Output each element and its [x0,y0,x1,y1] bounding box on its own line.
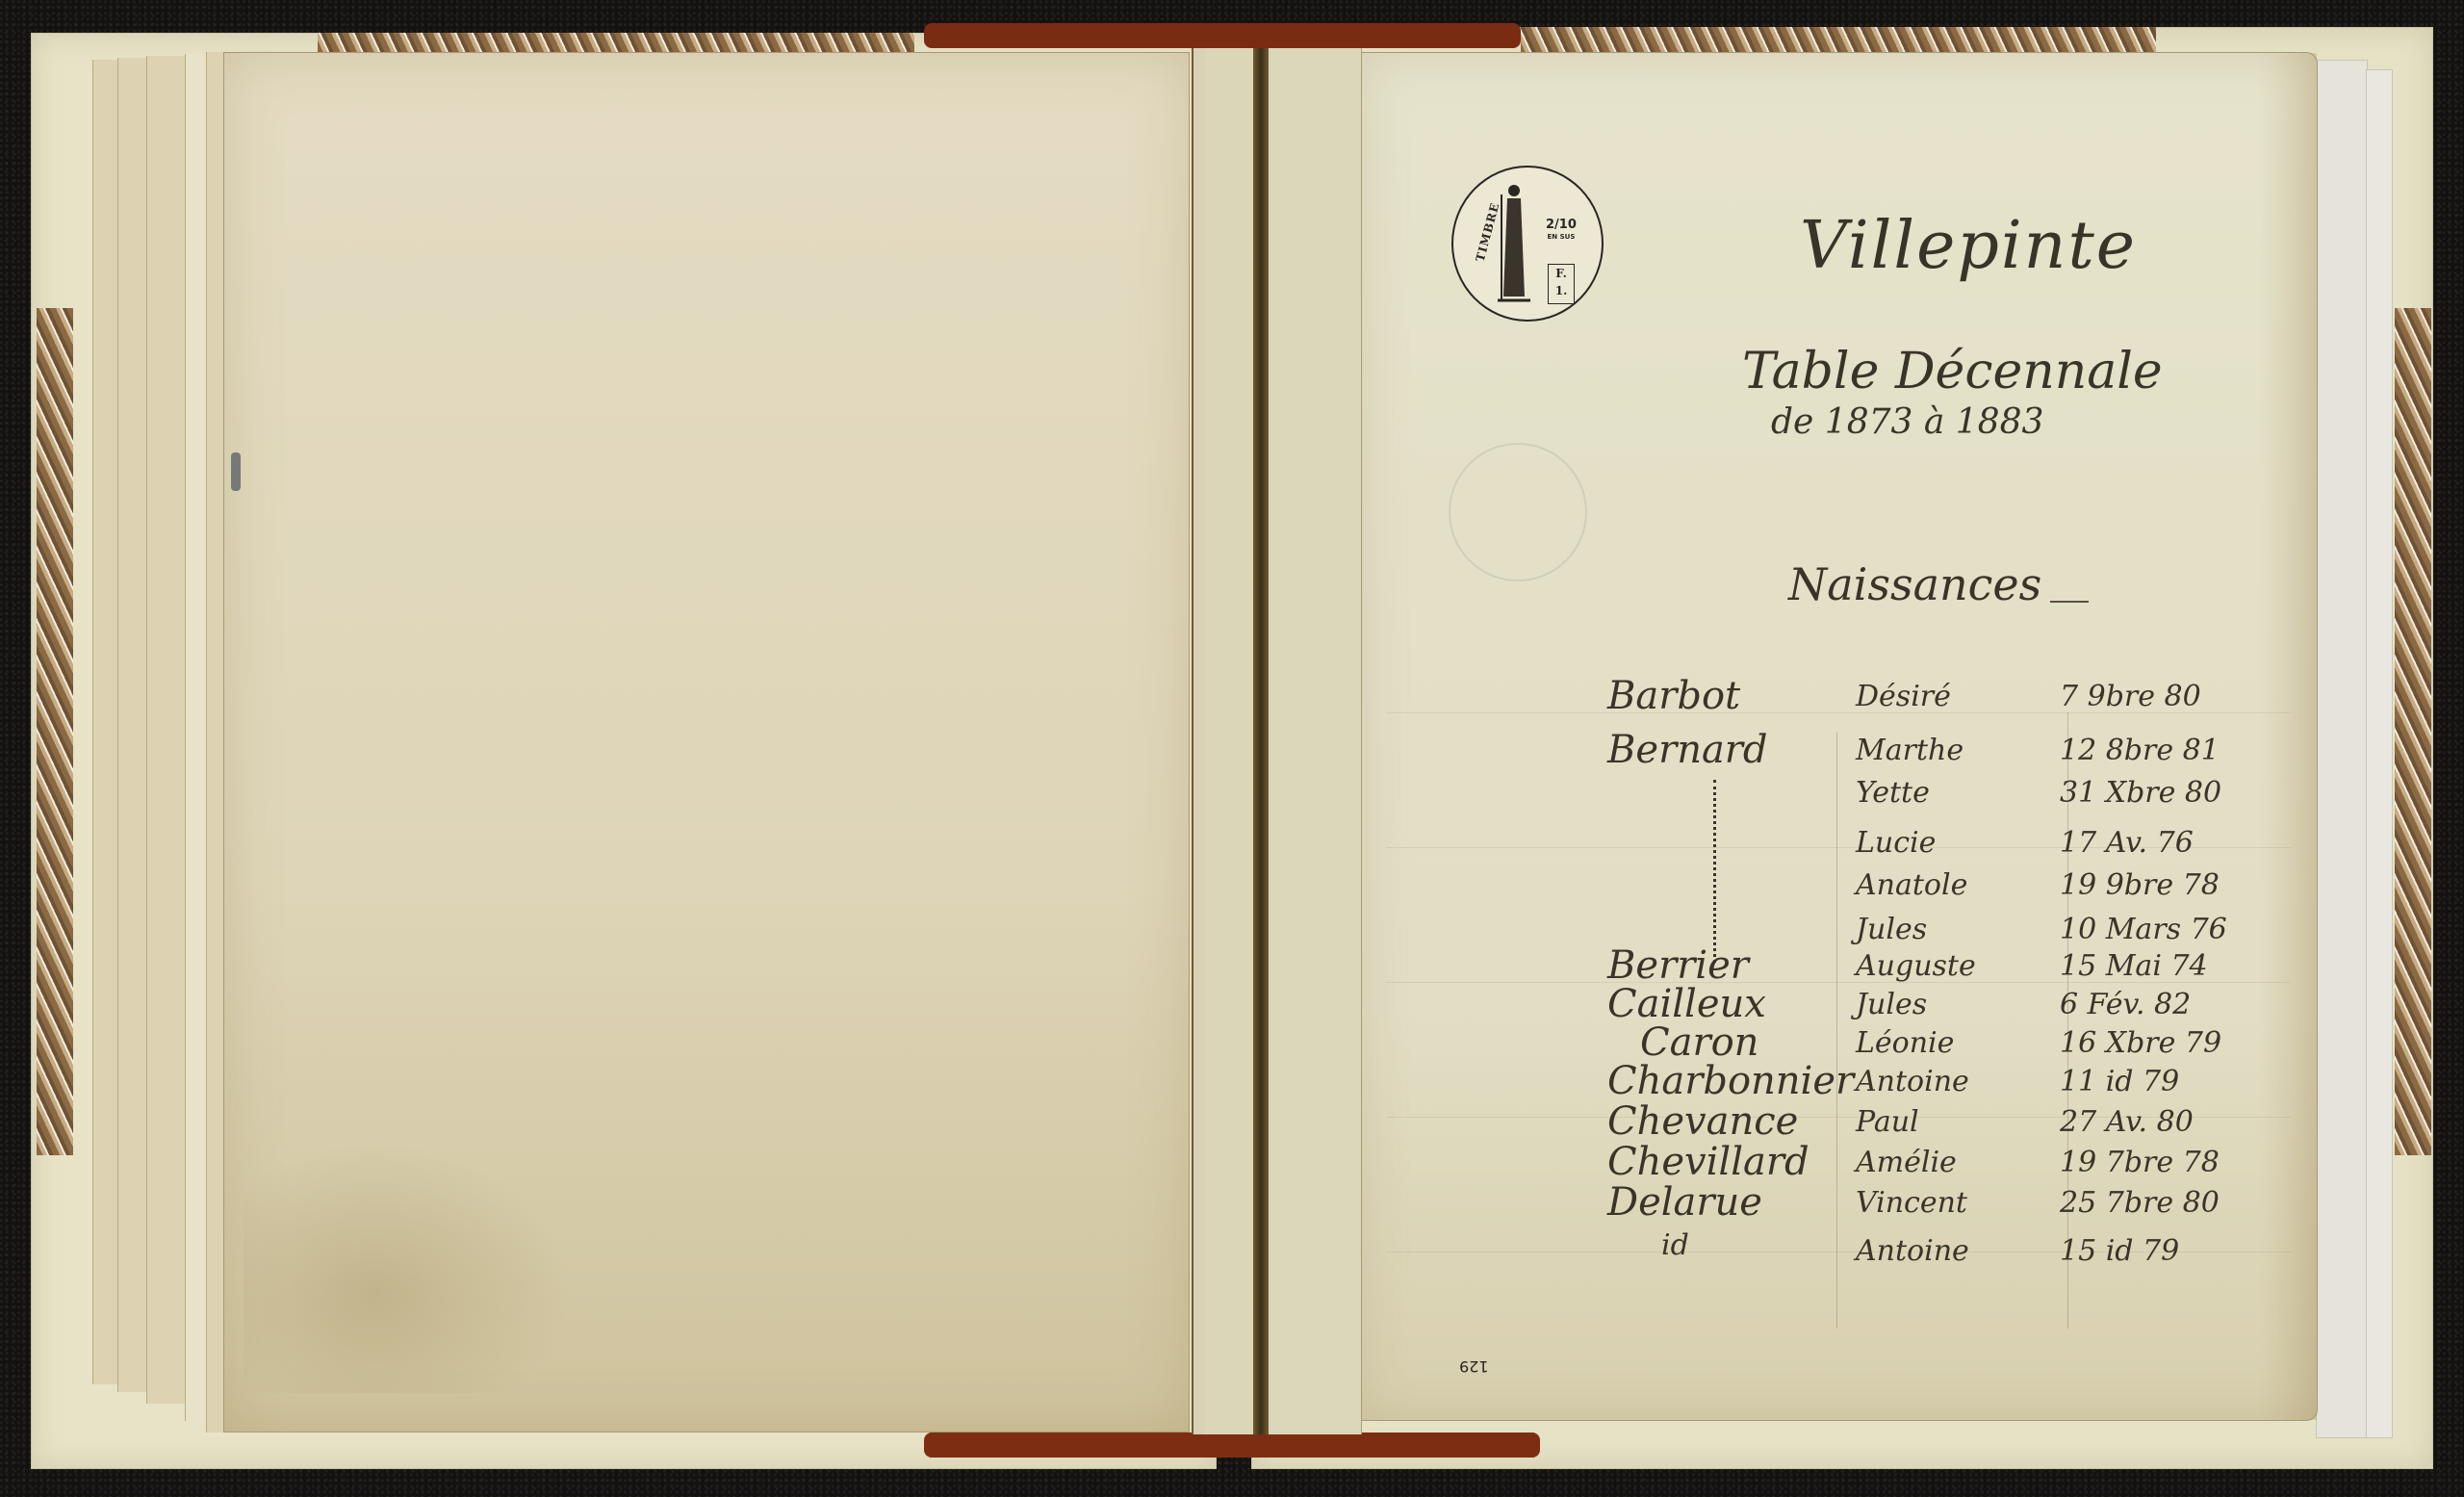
page-edge [146,56,188,1404]
given-name: Antoine [1856,1065,1969,1098]
marbled-edge-left [37,308,73,1155]
surname: Chevillard [1607,1140,1809,1184]
surname: Charbonnier [1607,1059,1854,1103]
birth-date: 19 9bre 78 [2060,868,2220,902]
protective-sheet [2316,60,2368,1438]
justice-figure-icon [1498,181,1530,306]
register-row: Berrier Auguste 15 Mai 74 [1607,943,2281,986]
given-name: Anatole [1856,868,1967,902]
water-stain [244,1143,571,1393]
birth-date: 17 Av. 76 [2060,826,2194,860]
birth-date: 7 9bre 80 [2060,680,2201,713]
birth-date: 31 Xbre 80 [2060,776,2221,810]
given-name: Jules [1856,913,1927,946]
surname: id [1661,1228,1689,1262]
ink-blot [231,452,241,491]
spine-leather-top [924,23,1521,48]
register-row: Cailleux Jules 6 Fév. 82 [1607,982,2281,1024]
surname: Chevance [1607,1099,1798,1144]
page-subtitle: Table Décennale [1742,343,2163,400]
register-row: Caron Léonie 16 Xbre 79 [1607,1020,2281,1063]
register-row: id Antoine 15 id 79 [1607,1228,2281,1271]
birth-date: 25 7bre 80 [2060,1186,2220,1220]
protective-sheet [2366,69,2393,1438]
given-name: Désiré [1856,680,1951,713]
given-name: Amélie [1856,1146,1957,1179]
birth-date: 11 id 79 [2060,1065,2179,1098]
register-row: Bernard Marthe 12 8bre 81 [1607,728,2281,770]
register-row: Yette 31 Xbre 80 [1607,770,2281,813]
gutter-shadow [1253,48,1269,1434]
marbled-edge-right [2395,308,2431,1155]
section-underline [2050,601,2089,603]
given-name: Jules [1856,988,1927,1021]
given-name: Yette [1856,776,1930,810]
birth-date: 15 id 79 [2060,1234,2179,1268]
birth-date: 6 Fév. 82 [2060,988,2191,1021]
birth-date: 15 Mai 74 [2060,949,2208,983]
tax-stamp: TIMBRE 2/10 EN SUS F. 1. [1451,166,1604,322]
section-heading: Naissances [1788,558,2041,610]
left-page-blank [223,52,1190,1432]
register-row: Chevillard Amélie 19 7bre 78 [1607,1140,2281,1182]
gutter-strip [1269,48,1362,1434]
page-edge [92,60,120,1384]
given-name: Marthe [1856,734,1963,767]
register-row: Delarue Vincent 25 7bre 80 [1607,1180,2281,1223]
stamp-franc: F. 1. [1548,264,1575,304]
page-edge [117,58,149,1392]
birth-date: 16 Xbre 79 [2060,1026,2221,1060]
given-name: Paul [1856,1105,1919,1139]
birth-date: 27 Av. 80 [2060,1105,2194,1139]
stamp-value: 2/10 EN SUS [1546,219,1577,243]
page-number: 129 [1459,1357,1489,1376]
birth-date: 19 7bre 78 [2060,1146,2220,1179]
surname: Delarue [1607,1180,1762,1225]
register-row: Chevance Paul 27 Av. 80 [1607,1099,2281,1142]
year-range: de 1873 à 1883 [1771,402,2043,442]
given-name: Antoine [1856,1234,1969,1268]
given-name: Vincent [1856,1186,1967,1220]
page-title: Villepinte [1800,208,2137,284]
given-name: Auguste [1856,949,1976,983]
given-name: Léonie [1856,1026,1954,1060]
given-name: Lucie [1856,826,1936,860]
spine-leather-bottom [924,1432,1540,1458]
surname: Barbot [1607,674,1740,718]
register-row: Barbot Désiré 7 9bre 80 [1607,674,2281,716]
surname: Bernard [1607,728,1768,772]
register-row: Lucie 17 Av. 76 [1607,820,2281,863]
gutter-strip [1205,48,1253,1434]
birth-date: 12 8bre 81 [2060,734,2220,767]
register-row: Charbonnier Antoine 11 id 79 [1607,1059,2281,1101]
register-row: Anatole 19 9bre 78 [1607,863,2281,905]
marbled-edge-top-left [318,33,914,54]
birth-date: 10 Mars 76 [2060,913,2227,946]
faded-seal [1449,443,1587,581]
